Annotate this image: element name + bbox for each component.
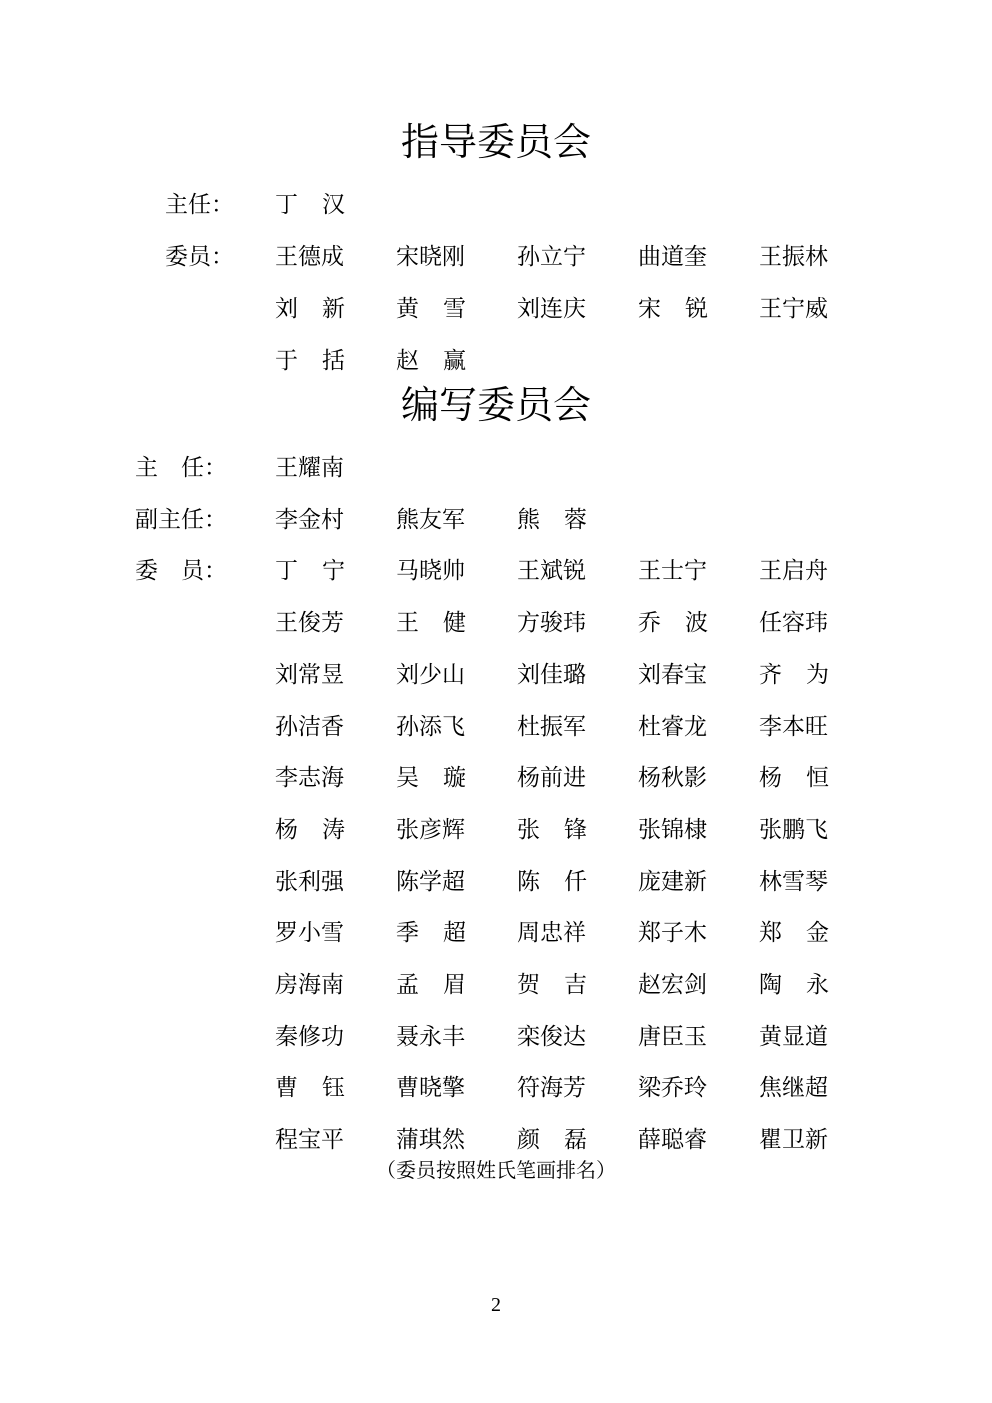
- member-name: 房海南: [275, 970, 345, 1000]
- row-names: 孙洁香孙添飞杜振军杜睿龙李本旺: [275, 712, 829, 742]
- row-label: 主 任：: [135, 453, 227, 483]
- member-name: 唐臣玉: [638, 1022, 708, 1052]
- member-name: 孟眉: [396, 970, 466, 1000]
- member-name: 方骏玮: [517, 608, 587, 638]
- roster-row: 罗小雪季超周忠祥郑子木郑金: [0, 918, 992, 948]
- row-names: 王耀南: [275, 453, 345, 483]
- member-name: 任容玮: [759, 608, 829, 638]
- member-name: 赵赢: [396, 346, 466, 376]
- row-label: 副主任：: [135, 505, 227, 535]
- row-label: 主任：: [165, 190, 234, 220]
- roster-row: 副主任：李金村熊友军熊蓉: [0, 505, 992, 535]
- row-names: 于括赵赢: [275, 346, 466, 376]
- member-name: 李金村: [275, 505, 345, 535]
- member-name: 符海芳: [517, 1073, 587, 1103]
- member-name: 王启舟: [759, 556, 829, 586]
- guidance-committee-title: 指导委员会: [0, 122, 992, 164]
- member-name: 贺吉: [517, 970, 587, 1000]
- row-names: 丁汉: [275, 190, 345, 220]
- row-names: 房海南孟眉贺吉赵宏剑陶永: [275, 970, 829, 1000]
- member-name: 林雪琴: [759, 867, 829, 897]
- row-names: 张利强陈学超陈仟庞建新林雪琴: [275, 867, 829, 897]
- member-name: 秦修功: [275, 1022, 345, 1052]
- row-names: 刘新黄雪刘连庆宋锐王宁威: [275, 294, 829, 324]
- page-number: 2: [0, 1293, 992, 1317]
- member-name: 丁宁: [275, 556, 345, 586]
- member-name: 陶永: [759, 970, 829, 1000]
- member-name: 蒲琪然: [396, 1125, 466, 1155]
- member-name: 颜磊: [517, 1125, 587, 1155]
- member-name: 马晓帅: [396, 556, 466, 586]
- member-name: 张锦棣: [638, 815, 708, 845]
- member-name: 刘少山: [396, 660, 466, 690]
- member-name: 王振林: [759, 242, 829, 272]
- member-name: 孙立宁: [517, 242, 587, 272]
- roster-row: 委员：王德成宋晓刚孙立宁曲道奎王振林: [0, 242, 992, 272]
- member-name: 栾俊达: [517, 1022, 587, 1052]
- roster-row: 刘常昱刘少山刘佳璐刘春宝齐为: [0, 660, 992, 690]
- member-name: 李志海: [275, 763, 345, 793]
- member-name: 王耀南: [275, 453, 345, 483]
- row-names: 丁宁马晓帅王斌锐王士宁王启舟: [275, 556, 829, 586]
- member-name: 陈仟: [517, 867, 587, 897]
- editorial-committee-title: 编写委员会: [0, 385, 992, 427]
- row-names: 曹钰曹晓擎符海芳梁乔玲焦继超: [275, 1073, 829, 1103]
- member-name: 聂永丰: [396, 1022, 466, 1052]
- member-name: 张利强: [275, 867, 345, 897]
- member-name: 杨涛: [275, 815, 345, 845]
- member-name: 熊友军: [396, 505, 466, 535]
- member-name: 杜睿龙: [638, 712, 708, 742]
- member-name: 赵宏剑: [638, 970, 708, 1000]
- member-name: 熊蓉: [517, 505, 587, 535]
- row-names: 李金村熊友军熊蓉: [275, 505, 587, 535]
- member-name: 杨前进: [517, 763, 587, 793]
- row-label: 委 员：: [135, 556, 227, 586]
- member-name: 王德成: [275, 242, 345, 272]
- row-names: 王德成宋晓刚孙立宁曲道奎王振林: [275, 242, 829, 272]
- row-names: 王俊芳王健方骏玮乔波任容玮: [275, 608, 829, 638]
- member-name: 程宝平: [275, 1125, 345, 1155]
- roster-row: 刘新黄雪刘连庆宋锐王宁威: [0, 294, 992, 324]
- member-name: 张鹏飞: [759, 815, 829, 845]
- member-name: 郑金: [759, 918, 829, 948]
- roster-row: 秦修功聂永丰栾俊达唐臣玉黄显道: [0, 1022, 992, 1052]
- member-name: 刘新: [275, 294, 345, 324]
- member-name: 宋晓刚: [396, 242, 466, 272]
- roster-row: 主 任：王耀南: [0, 453, 992, 483]
- member-name: 周忠祥: [517, 918, 587, 948]
- member-name: 杨恒: [759, 763, 829, 793]
- roster-row: 李志海吴璇杨前进杨秋影杨恒: [0, 763, 992, 793]
- member-name: 张彦辉: [396, 815, 466, 845]
- member-name: 瞿卫新: [759, 1125, 829, 1155]
- member-name: 刘春宝: [638, 660, 708, 690]
- roster-row: 孙洁香孙添飞杜振军杜睿龙李本旺: [0, 712, 992, 742]
- row-names: 秦修功聂永丰栾俊达唐臣玉黄显道: [275, 1022, 829, 1052]
- member-name: 王士宁: [638, 556, 708, 586]
- roster-row: 房海南孟眉贺吉赵宏剑陶永: [0, 970, 992, 1000]
- member-name: 齐为: [759, 660, 829, 690]
- member-name: 王健: [396, 608, 466, 638]
- member-name: 张锋: [517, 815, 587, 845]
- document-page: 指导委员会 主任：丁汉委员：王德成宋晓刚孙立宁曲道奎王振林刘新黄雪刘连庆宋锐王宁…: [0, 0, 992, 1403]
- member-name: 曲道奎: [638, 242, 708, 272]
- sorting-note: （委员按照姓氏笔画排名）: [0, 1158, 992, 1184]
- member-name: 杜振军: [517, 712, 587, 742]
- member-name: 季超: [396, 918, 466, 948]
- member-name: 薛聪睿: [638, 1125, 708, 1155]
- member-name: 丁汉: [275, 190, 345, 220]
- roster-row: 主任：丁汉: [0, 190, 992, 220]
- roster-row: 委 员：丁宁马晓帅王斌锐王士宁王启舟: [0, 556, 992, 586]
- roster-row: 曹钰曹晓擎符海芳梁乔玲焦继超: [0, 1073, 992, 1103]
- member-name: 王宁威: [759, 294, 829, 324]
- member-name: 王斌锐: [517, 556, 587, 586]
- roster-row: 于括赵赢: [0, 346, 992, 376]
- member-name: 曹钰: [275, 1073, 345, 1103]
- member-name: 曹晓擎: [396, 1073, 466, 1103]
- member-name: 焦继超: [759, 1073, 829, 1103]
- row-names: 刘常昱刘少山刘佳璐刘春宝齐为: [275, 660, 829, 690]
- member-name: 杨秋影: [638, 763, 708, 793]
- member-name: 王俊芳: [275, 608, 345, 638]
- member-name: 郑子木: [638, 918, 708, 948]
- row-names: 杨涛张彦辉张锋张锦棣张鹏飞: [275, 815, 829, 845]
- member-name: 于括: [275, 346, 345, 376]
- member-name: 孙添飞: [396, 712, 466, 742]
- member-name: 庞建新: [638, 867, 708, 897]
- member-name: 黄雪: [396, 294, 466, 324]
- member-name: 刘连庆: [517, 294, 587, 324]
- member-name: 刘佳璐: [517, 660, 587, 690]
- row-names: 程宝平蒲琪然颜磊薛聪睿瞿卫新: [275, 1125, 829, 1155]
- row-label: 委员：: [165, 242, 234, 272]
- member-name: 黄显道: [759, 1022, 829, 1052]
- roster-row: 王俊芳王健方骏玮乔波任容玮: [0, 608, 992, 638]
- member-name: 刘常昱: [275, 660, 345, 690]
- roster-row: 张利强陈学超陈仟庞建新林雪琴: [0, 867, 992, 897]
- member-name: 乔波: [638, 608, 708, 638]
- member-name: 陈学超: [396, 867, 466, 897]
- row-names: 李志海吴璇杨前进杨秋影杨恒: [275, 763, 829, 793]
- member-name: 李本旺: [759, 712, 829, 742]
- member-name: 宋锐: [638, 294, 708, 324]
- roster-row: 程宝平蒲琪然颜磊薛聪睿瞿卫新: [0, 1125, 992, 1155]
- member-name: 吴璇: [396, 763, 466, 793]
- member-name: 孙洁香: [275, 712, 345, 742]
- member-name: 梁乔玲: [638, 1073, 708, 1103]
- row-names: 罗小雪季超周忠祥郑子木郑金: [275, 918, 829, 948]
- roster-row: 杨涛张彦辉张锋张锦棣张鹏飞: [0, 815, 992, 845]
- member-name: 罗小雪: [275, 918, 345, 948]
